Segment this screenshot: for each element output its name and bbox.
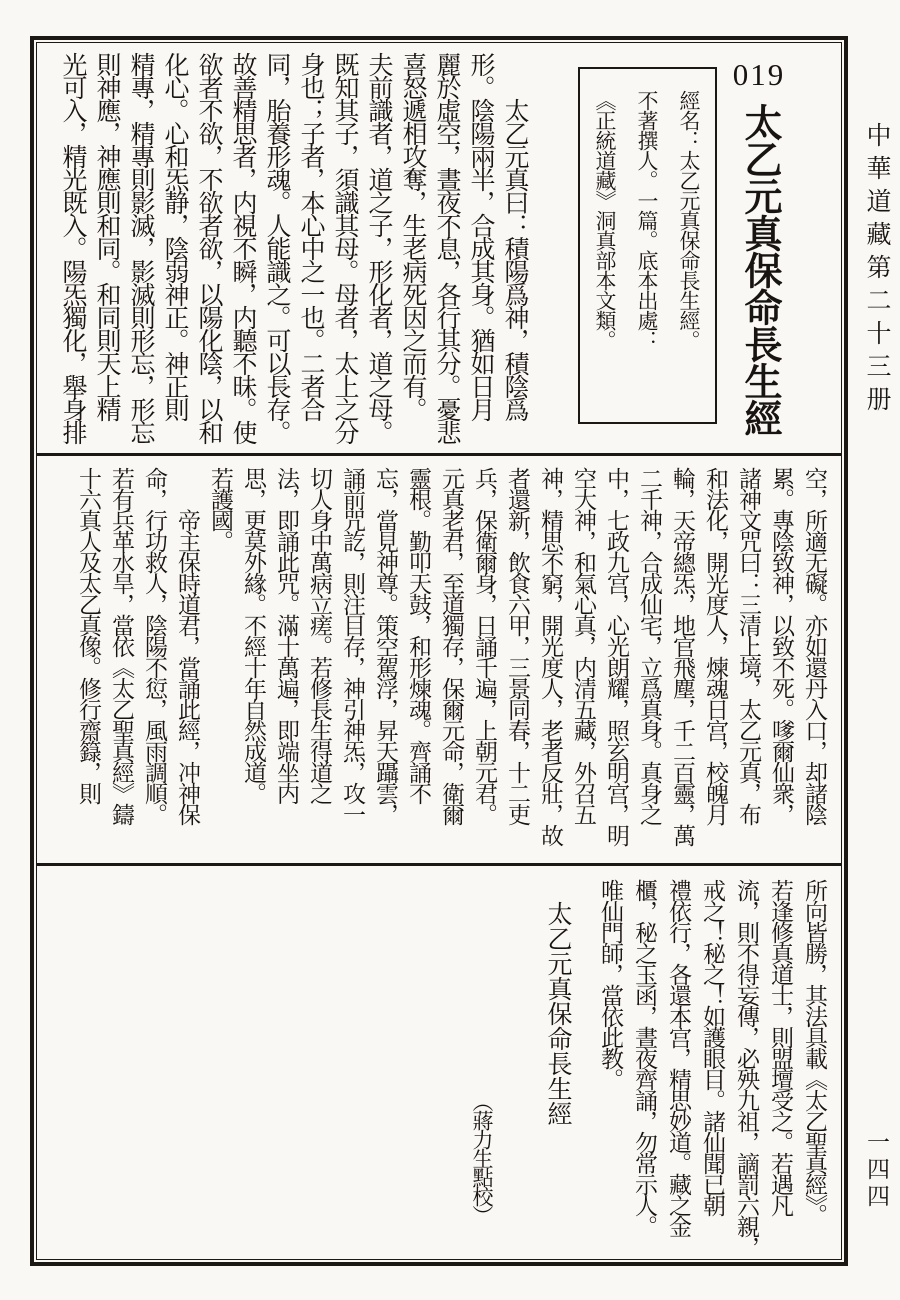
section-bottom: 所向皆勝，其法具載《太乙聖真經》。若逢修真道士，則盟壇受之。若遇凡流，則不得妄傳… [49,879,831,1259]
text-column: 不著撰人。一篇。底本出處： [626,90,668,416]
text-column: 《正統道藏》洞真部本文類。 [584,90,626,416]
text-column: 同，胎養形魂。人能識之。可以長存。 [259,52,293,450]
page-frame: 019 太乙元真保命長生經 經名：太乙元真保命長生經。不著撰人。一篇。底本出處：… [30,36,848,1266]
text-column: 兵，保衛爾身，日誦千遍，上朝元君。 [468,467,501,861]
text-column: 故善精思者，内視不瞬，内聽不昧。使 [225,52,259,450]
text-column: 元真老君，至道獨存，保爾元命，衛爾 [435,467,468,861]
text-column: 思，更莫外緣。不經十年自然成道。 [237,467,270,861]
text-column: 切人身中萬病立瘥。若修長生得道之 [303,467,336,861]
text-column: 精專，精專則影滅，影滅則形忘，形忘 [123,52,157,450]
volume-label: 第二十三册 [863,254,890,419]
text-column: 麗於虛空，晝夜不息，各行其分。憂悲 [429,52,463,450]
text-column: 既知其子，須識其母。母者，太上之分 [327,52,361,450]
text-column: 禮依行，各還本宫，精思妙道。藏之金 [661,879,695,1259]
text-column: 二千神，合成仙宅，立爲真身。真身之 [633,467,666,861]
text-column: 誦前咒訖，則注目存，神引神炁，攻一 [336,467,369,861]
page-frame-inner: 019 太乙元真保命長生經 經名：太乙元真保命長生經。不著撰人。一篇。底本出處：… [36,42,842,1260]
text-column: 法，即誦此咒。滿十萬遍，即端坐内 [270,467,303,861]
section-divider-2 [37,863,841,866]
text-column: 經名：太乙元真保命長生經。 [668,90,710,416]
text-column: 化心。心和炁静，陰弱神正。神正則 [157,52,191,450]
text-column: 唯仙門師，當依此教。 [593,879,627,1259]
text-column: 身也；子者，本心中之一也。二者合 [293,52,327,450]
text-column: 若護國。 [204,467,237,861]
text-column: 所向皆勝，其法具載《太乙聖真經》。 [797,879,831,1259]
text-column: 命，行功救人，陰陽不愆，風雨調順。 [138,467,171,861]
text-column: 中，七政九宫，心光朗耀，照玄明宫，明 [600,467,633,861]
closing-title: 太乙元真保命長生經 [538,901,576,1126]
text-column: 若有兵革水旱，當依《太乙聖真經》鑄 [105,467,138,861]
text-column: 戒之！秘之！如護眼目。諸仙聞已朝 [695,879,729,1259]
text-column: 光可入，精光既入。陽炁獨化，舉身排 [55,52,89,450]
text-column: 十六真人及太乙真像。修行齋籙，則 [72,467,105,861]
section-divider-1 [37,453,841,456]
text-column: 諸神文咒曰：三清上境，太乙元真，布 [732,467,765,861]
meta-box: 經名：太乙元真保命長生經。不著撰人。一篇。底本出處：《正統道藏》洞真部本文類。 [578,67,717,424]
scripture-number: 019 [711,53,807,97]
text-column: 和法化，開光度人，煉魂日宫，校魄月 [699,467,732,861]
text-column: 則神應，神應則和同。和同則天上精 [89,52,123,450]
text-column: 喜怒遞相攻奪，生老病死因之而有。 [395,52,429,450]
text-column: 輪，天帝總炁，地官飛塵，千二百靈，萬 [666,467,699,861]
text-column: 若逢修真道士，則盟壇受之。若遇凡 [763,879,797,1259]
page-number: 一四四 [860,1130,893,1211]
text-column: 靈根。勤叩天鼓，和形煉魂。齊誦不 [402,467,435,861]
section-middle: 空，所適无礙。亦如還丹入口，却諸陰累。專陰致神，以致不死。嗲爾仙衆，諸神文咒曰：… [49,467,831,861]
text-column: 累。專陰致神，以致不死。嗲爾仙衆， [765,467,798,861]
text-column: 流，則不得妄傳，必殃九祖，謫罰六親， [729,879,763,1259]
text-column: 欲者不欲，不欲者欲，以陽化陰，以和 [191,52,225,450]
title-block: 019 太乙元真保命長生經 [711,53,807,449]
margin-header: 中華道藏第二十三册 [858,122,894,419]
scripture-title: 太乙元真保命長生經 [731,103,787,436]
section-upper: 太乙元真曰：積陽爲神，積陰爲形。陰陽兩半，合成其身。猶如日月麗於虛空，晝夜不息，… [51,52,531,450]
text-column: 空，所適无礙。亦如還丹入口，却諸陰 [798,467,831,861]
page-content: 019 太乙元真保命長生經 經名：太乙元真保命長生經。不著撰人。一篇。底本出處：… [37,43,841,1259]
text-column: 櫃，秘之玉函，晝夜齊誦，勿常示人。 [627,879,661,1259]
editor-colophon: （蔣力生點校） [465,1091,499,1224]
collection-title: 中華道藏 [863,122,890,254]
text-column: 神，精思不窮，開光度人，老者反壯，故 [534,467,567,861]
text-column: 形。陰陽兩半，合成其身。猶如日月 [463,52,497,450]
text-column: 忘，當見神尊。策空駕浮，昇天躡雲， [369,467,402,861]
text-column: 夫前識者，道之子，形化者，道之母。 [361,52,395,450]
text-column: 帝主保時道君，當誦此經，冲神保 [171,467,204,861]
text-column: 者還新，飲食六甲，三景同春，十二吏 [501,467,534,861]
text-column: 太乙元真曰：積陽爲神，積陰爲 [497,52,531,450]
text-column: 空大神，和氣心真，内清五藏，外召五 [567,467,600,861]
